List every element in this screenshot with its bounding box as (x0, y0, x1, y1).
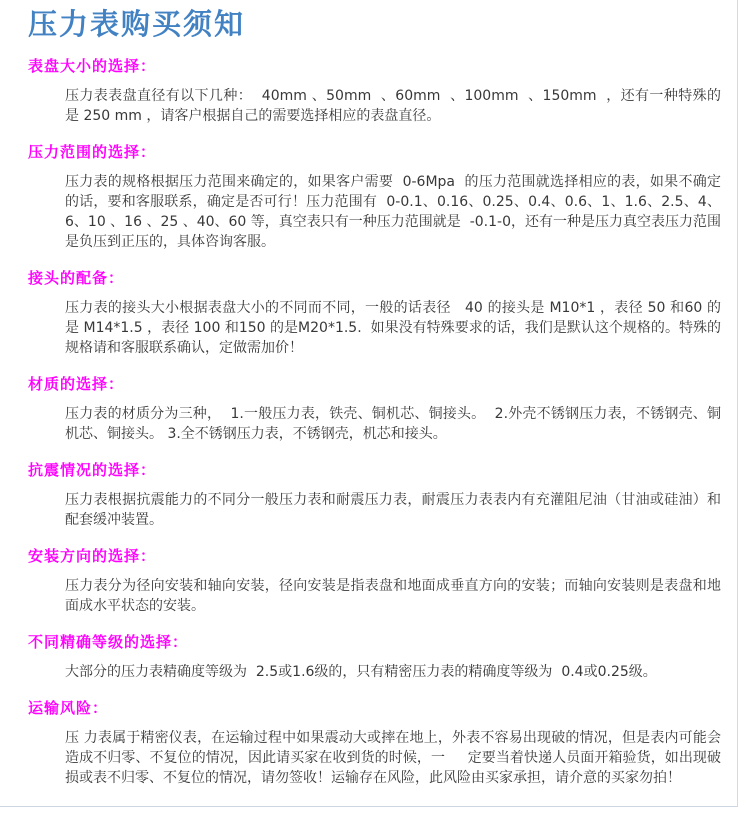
section-mounting-direction-heading: 安装方向的选择： (28, 546, 721, 566)
section-mounting-direction-body: 压力表分为径向安装和轴向安装，径向安装是指表盘和地面成垂直方向的安装；而轴向安装… (65, 576, 721, 616)
section-dial-size: 表盘大小的选择： 压力表表盘直径有以下几种： 40mm 、50mm 、60mm … (28, 56, 721, 126)
section-accuracy-grade-heading: 不同精确等级的选择： (28, 632, 721, 652)
section-pressure-range: 压力范围的选择： 压力表的规格根据压力范围来确定的，如果客户需要 0-6Mpa … (28, 142, 721, 252)
section-material: 材质的选择： 压力表的材质分为三种， 1.一般压力表，铁壳、铜机芯、铜接头。 2… (28, 374, 721, 444)
section-material-body: 压力表的材质分为三种， 1.一般压力表，铁壳、铜机芯、铜接头。 2.外壳不锈钢压… (65, 404, 721, 444)
section-accuracy-grade-body: 大部分的压力表精确度等级为 2.5或1.6级的，只有精密压力表的精确度等级为 0… (65, 662, 721, 682)
page-title: 压力表购买须知 (28, 8, 721, 40)
section-dial-size-heading: 表盘大小的选择： (28, 56, 721, 76)
section-pressure-range-heading: 压力范围的选择： (28, 142, 721, 162)
section-connector: 接头的配备： 压力表的接头大小根据表盘大小的不同而不同，一般的话表径 40 的接… (28, 268, 721, 358)
section-connector-body: 压力表的接头大小根据表盘大小的不同而不同，一般的话表径 40 的接头是 M10*… (65, 298, 721, 358)
section-shock-resistance-body: 压力表根据抗震能力的不同分一般压力表和耐震压力表，耐震压力表表内有充灌阻尼油（甘… (65, 490, 721, 530)
section-material-heading: 材质的选择： (28, 374, 721, 394)
section-accuracy-grade: 不同精确等级的选择： 大部分的压力表精确度等级为 2.5或1.6级的，只有精密压… (28, 632, 721, 682)
section-connector-heading: 接头的配备： (28, 268, 721, 288)
section-mounting-direction: 安装方向的选择： 压力表分为径向安装和轴向安装，径向安装是指表盘和地面成垂直方向… (28, 546, 721, 616)
section-dial-size-body: 压力表表盘直径有以下几种： 40mm 、50mm 、60mm 、100mm 、1… (65, 86, 721, 126)
section-pressure-range-body: 压力表的规格根据压力范围来确定的，如果客户需要 0-6Mpa 的压力范围就选择相… (65, 172, 721, 252)
section-shipping-risk: 运输风险： 压 力表属于精密仪表，在运输过程中如果震动大或摔在地上，外表不容易出… (28, 698, 721, 788)
section-shock-resistance-heading: 抗震情况的选择： (28, 460, 721, 480)
section-shock-resistance: 抗震情况的选择： 压力表根据抗震能力的不同分一般压力表和耐震压力表，耐震压力表表… (28, 460, 721, 530)
purchase-notice-page: 压力表购买须知 表盘大小的选择： 压力表表盘直径有以下几种： 40mm 、50m… (0, 0, 738, 807)
section-shipping-risk-heading: 运输风险： (28, 698, 721, 718)
section-shipping-risk-body: 压 力表属于精密仪表，在运输过程中如果震动大或摔在地上，外表不容易出现破的情况，… (65, 728, 721, 788)
